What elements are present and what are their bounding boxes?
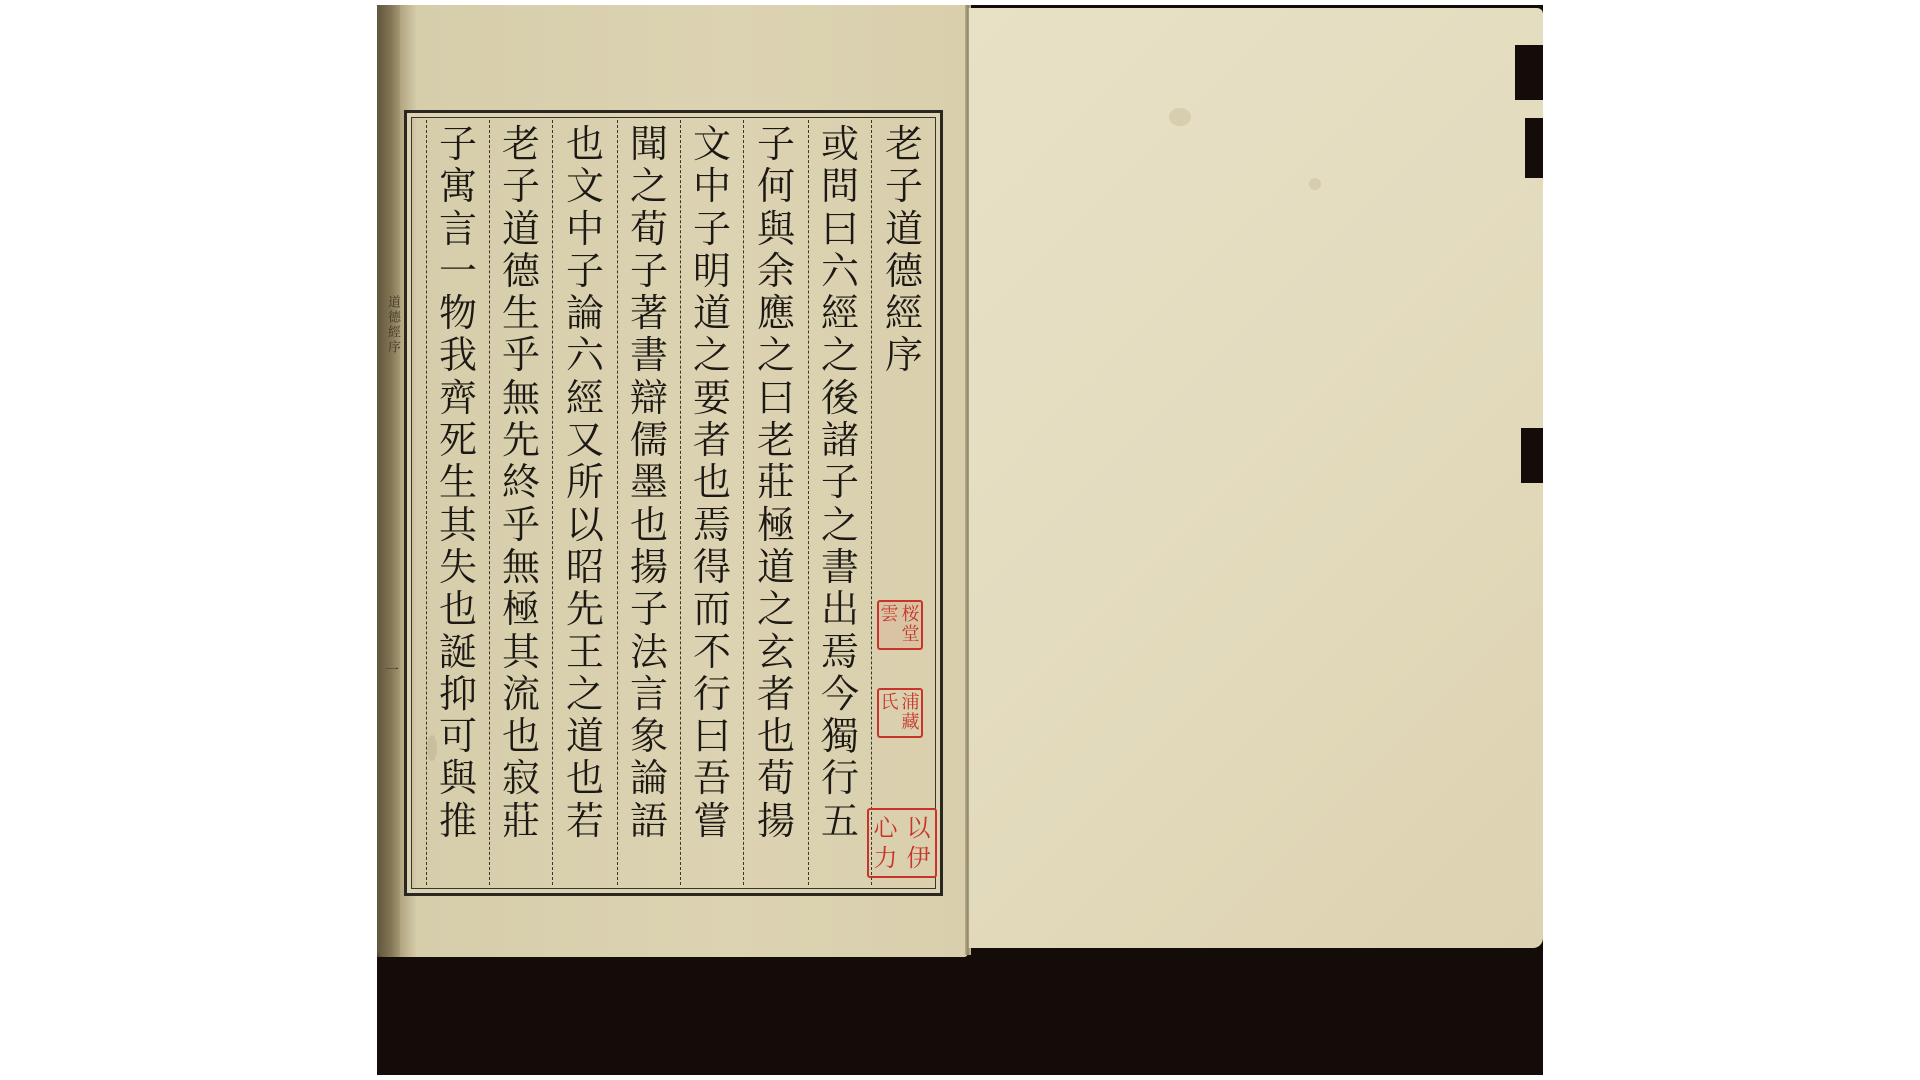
glyph: 也 — [693, 461, 731, 503]
column-divider — [552, 120, 553, 885]
glyph: 所 — [566, 461, 604, 503]
glyph: 流 — [502, 673, 540, 715]
glyph: 誕 — [439, 631, 477, 673]
text-column: 文中子明道之要者也焉得而不行曰吾嘗 — [681, 123, 743, 842]
text-column-title: 老子道德經序 — [873, 123, 935, 377]
glyph: 可 — [439, 715, 477, 757]
glyph: 之 — [821, 334, 859, 376]
glyph: 無 — [502, 377, 540, 419]
glyph: 而 — [693, 588, 731, 630]
seal-glyph: 力 — [869, 843, 902, 873]
glyph: 莊 — [502, 800, 540, 842]
glyph: 象 — [630, 715, 668, 757]
glyph: 言 — [630, 673, 668, 715]
seal-glyph: 堂 — [900, 625, 921, 645]
glyph: 子 — [757, 123, 795, 165]
glyph: 也 — [757, 715, 795, 757]
glyph: 吾 — [693, 757, 731, 799]
glyph: 之 — [630, 165, 668, 207]
glyph: 法 — [630, 631, 668, 673]
column-divider — [871, 120, 872, 885]
text-column: 子寓言一物我齊死生其失也誕抑可與推 — [427, 123, 489, 842]
glyph: 生 — [439, 461, 477, 503]
glyph: 老 — [502, 123, 540, 165]
glyph: 文 — [566, 165, 604, 207]
glyph: 出 — [821, 588, 859, 630]
glyph: 極 — [757, 504, 795, 546]
glyph: 寂 — [502, 757, 540, 799]
text-column: 聞之荀子著書辯儒墨也揚子法言象論語 — [618, 123, 680, 842]
seal-glyph: 藏 — [900, 713, 921, 733]
glyph: 書 — [821, 546, 859, 588]
glyph: 也 — [439, 588, 477, 630]
glyph: 德 — [885, 250, 923, 292]
glyph: 乎 — [502, 334, 540, 376]
glyph: 寓 — [439, 165, 477, 207]
glyph: 荀 — [757, 757, 795, 799]
glyph: 推 — [439, 800, 477, 842]
glyph: 之 — [566, 673, 604, 715]
text-column: 也文中子論六經又所以昭先王之道也若 — [554, 123, 616, 842]
glyph: 一 — [439, 250, 477, 292]
glyph: 其 — [502, 631, 540, 673]
glyph: 我 — [439, 334, 477, 376]
glyph: 者 — [693, 419, 731, 461]
glyph: 明 — [693, 250, 731, 292]
glyph: 以 — [566, 504, 604, 546]
glyph: 死 — [439, 419, 477, 461]
glyph: 荀 — [630, 208, 668, 250]
glyph: 或 — [821, 123, 859, 165]
seal-glyph: 心 — [869, 813, 902, 843]
text-column: 或問曰六經之後諸子之書出焉今獨行五 — [809, 123, 871, 842]
glyph: 六 — [566, 334, 604, 376]
seal-glyph — [879, 713, 900, 733]
glyph: 若 — [566, 800, 604, 842]
glyph: 序 — [885, 334, 923, 376]
glyph: 物 — [439, 292, 477, 334]
glyph: 子 — [821, 461, 859, 503]
glyph: 子 — [439, 123, 477, 165]
glyph: 曰 — [821, 208, 859, 250]
glyph: 抑 — [439, 673, 477, 715]
glyph: 行 — [693, 673, 731, 715]
glyph: 中 — [566, 208, 604, 250]
glyph: 論 — [566, 292, 604, 334]
torn-edge — [1525, 118, 1543, 178]
text-column: 子何與余應之曰老莊極道之玄者也荀揚 — [745, 123, 807, 842]
glyph: 之 — [693, 334, 731, 376]
glyph: 聞 — [630, 123, 668, 165]
glyph: 無 — [502, 546, 540, 588]
fore-edge-title: 道德經序 — [383, 295, 401, 355]
glyph: 玄 — [757, 631, 795, 673]
glyph: 經 — [821, 292, 859, 334]
glyph: 文 — [693, 123, 731, 165]
glyph: 墨 — [630, 461, 668, 503]
glyph: 又 — [566, 419, 604, 461]
glyph: 子 — [566, 250, 604, 292]
glyph: 中 — [693, 165, 731, 207]
glyph: 諸 — [821, 419, 859, 461]
glyph: 道 — [566, 715, 604, 757]
glyph: 道 — [885, 208, 923, 250]
glyph: 語 — [630, 800, 668, 842]
torn-edge — [1521, 428, 1543, 483]
glyph: 應 — [757, 292, 795, 334]
glyph: 昭 — [566, 546, 604, 588]
text-column: 老子道德生乎無先終乎無極其流也寂莊 — [490, 123, 552, 842]
glyph: 德 — [502, 250, 540, 292]
paper-stain — [1169, 108, 1191, 126]
seal-glyph: 桜 — [900, 605, 921, 625]
glyph: 失 — [439, 546, 477, 588]
glyph: 不 — [693, 631, 731, 673]
glyph: 極 — [502, 588, 540, 630]
glyph: 子 — [693, 208, 731, 250]
glyph: 子 — [502, 165, 540, 207]
glyph: 六 — [821, 250, 859, 292]
glyph: 曰 — [693, 715, 731, 757]
glyph: 揚 — [630, 546, 668, 588]
glyph: 嘗 — [693, 800, 731, 842]
glyph: 子 — [630, 588, 668, 630]
glyph: 言 — [439, 208, 477, 250]
glyph: 獨 — [821, 715, 859, 757]
glyph: 老 — [757, 419, 795, 461]
glyph: 焉 — [821, 631, 859, 673]
glyph: 齊 — [439, 377, 477, 419]
glyph: 經 — [566, 377, 604, 419]
glyph: 先 — [502, 419, 540, 461]
glyph: 也 — [630, 504, 668, 546]
glyph: 王 — [566, 631, 604, 673]
seal-glyph: 伊 — [902, 843, 935, 873]
collector-seal: 氏浦藏 — [877, 688, 923, 738]
paper-stain — [1309, 178, 1321, 190]
glyph: 莊 — [757, 461, 795, 503]
seal-glyph: 雲 — [879, 605, 900, 625]
glyph: 余 — [757, 250, 795, 292]
right-page-blank — [968, 8, 1543, 948]
glyph: 者 — [757, 673, 795, 715]
seal-glyph — [879, 625, 900, 645]
glyph: 經 — [885, 292, 923, 334]
glyph: 行 — [821, 757, 859, 799]
glyph: 與 — [439, 757, 477, 799]
glyph: 與 — [757, 208, 795, 250]
glyph: 得 — [693, 546, 731, 588]
glyph: 曰 — [757, 377, 795, 419]
fore-edge-page-number: 一 — [385, 660, 399, 680]
glyph: 焉 — [693, 504, 731, 546]
glyph: 書 — [630, 334, 668, 376]
glyph: 之 — [757, 334, 795, 376]
glyph: 之 — [821, 504, 859, 546]
glyph: 終 — [502, 461, 540, 503]
collector-seal-large: 心以力伊 — [867, 808, 937, 878]
glyph: 其 — [439, 504, 477, 546]
glyph: 子 — [885, 165, 923, 207]
left-page: 道德經序 一 老子道德經序 或問曰六經之後諸子之書出焉今獨行五 子何與余應之曰老… — [377, 5, 968, 957]
glyph: 揚 — [757, 800, 795, 842]
glyph: 五 — [821, 800, 859, 842]
glyph: 之 — [757, 588, 795, 630]
fore-edge-fold — [377, 5, 400, 957]
glyph: 道 — [693, 292, 731, 334]
book-photograph: 道德經序 一 老子道德經序 或問曰六經之後諸子之書出焉今獨行五 子何與余應之曰老… — [377, 5, 1543, 1075]
glyph: 問 — [821, 165, 859, 207]
seal-glyph: 以 — [902, 813, 935, 843]
glyph: 也 — [566, 123, 604, 165]
glyph: 也 — [502, 715, 540, 757]
glyph: 生 — [502, 292, 540, 334]
glyph: 要 — [693, 377, 731, 419]
torn-edge — [1515, 45, 1543, 100]
glyph: 道 — [757, 546, 795, 588]
glyph: 先 — [566, 588, 604, 630]
glyph: 何 — [757, 165, 795, 207]
glyph: 辯 — [630, 377, 668, 419]
glyph: 論 — [630, 757, 668, 799]
glyph: 老 — [885, 123, 923, 165]
glyph: 後 — [821, 377, 859, 419]
glyph: 乎 — [502, 504, 540, 546]
glyph: 道 — [502, 208, 540, 250]
seal-glyph: 浦 — [900, 693, 921, 713]
collector-seal: 雲桜堂 — [877, 600, 923, 650]
column-divider — [743, 120, 744, 885]
seal-glyph: 氏 — [879, 693, 900, 713]
glyph: 也 — [566, 757, 604, 799]
glyph: 儒 — [630, 419, 668, 461]
glyph: 子 — [630, 250, 668, 292]
glyph: 著 — [630, 292, 668, 334]
glyph: 今 — [821, 673, 859, 715]
